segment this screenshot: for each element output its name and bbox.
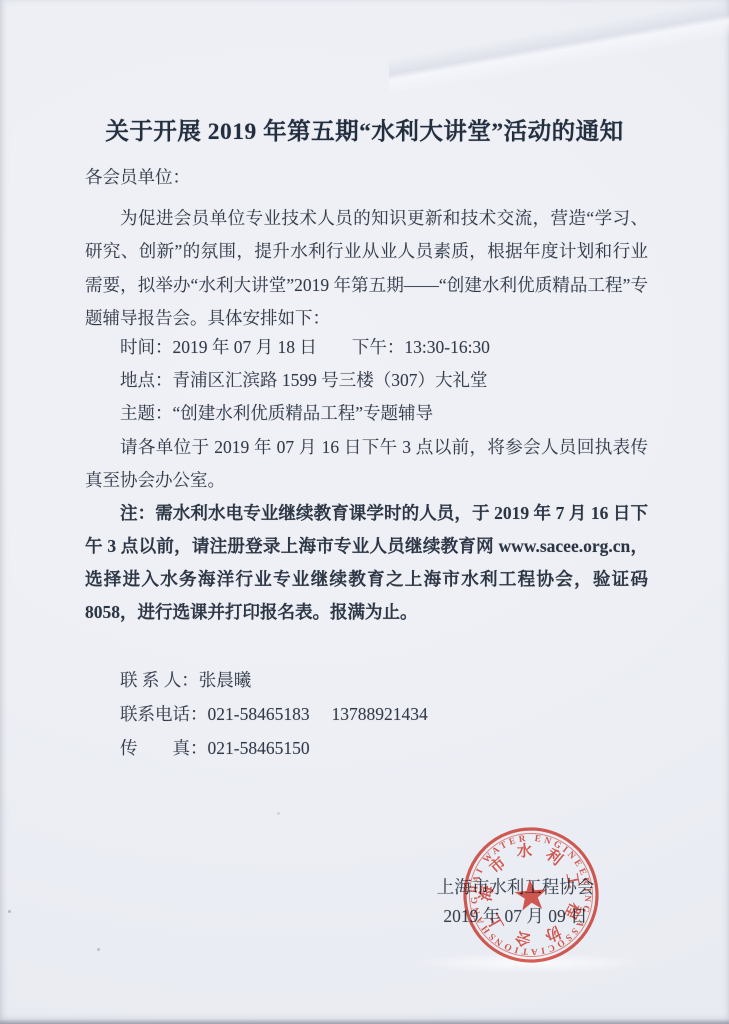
paper-crease [389,0,729,95]
scan-specks [0,0,1,1]
detail-place: 地点：青浦区汇滨路 1599 号三楼（307）大礼堂 [85,364,648,397]
contact-phone: 联系电话：021-58465183 13788921434 [85,697,648,731]
detail-time: 时间：2019 年 07 月 18 日 下午：13:30-16:30 [85,331,648,364]
event-details: 时间：2019 年 07 月 18 日 下午：13:30-16:30 地点：青浦… [85,331,648,430]
scanned-notice-page: 关于开展 2019 年第五期“水利大讲堂”活动的通知 各会员单位： 为促进会员单… [0,0,729,1024]
note-paragraph: 注：需水利水电专业继续教育课学时的人员，于 2019 年 7 月 16 日下午 … [85,497,648,629]
salutation: 各会员单位： [85,161,648,194]
contact-fax: 传 真：021-58465150 [85,731,648,765]
intro-paragraph: 为促进会员单位专业技术人员的知识更新和技术交流，营造“学习、研究、创新”的氛围，… [85,202,648,336]
reply-request-paragraph: 请各单位于 2019 年 07 月 16 日下午 3 点以前，将参会人员回执表传… [85,431,648,497]
contact-block: 联 系 人：张晨曦 联系电话：021-58465183 13788921434 … [85,663,648,765]
contact-person: 联 系 人：张晨曦 [85,663,648,697]
detail-topic: 主题：“创建水利优质精品工程”专题辅导 [85,397,648,430]
scan-bottom-edge [0,1019,729,1024]
official-seal: SHANGHAI WATER ENGINEERING ASSOCIATION 上… [450,814,613,977]
notice-title: 关于开展 2019 年第五期“水利大讲堂”活动的通知 [0,112,729,146]
seal-star [513,878,548,911]
